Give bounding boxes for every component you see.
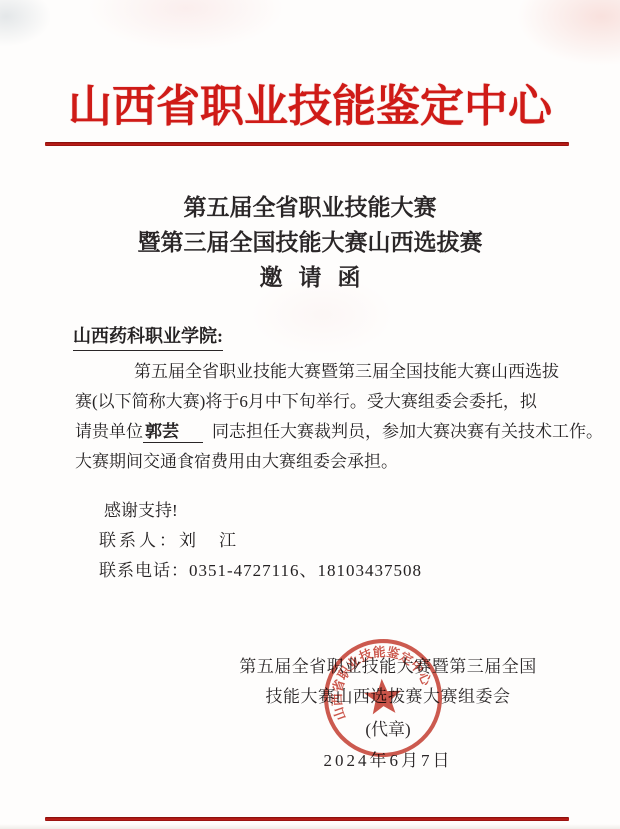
signature-on-behalf-seal-note: (代章) — [188, 715, 588, 745]
judge-name-underlined: 郭芸 — [143, 422, 203, 443]
paragraph-line-2: 赛(以下简称大赛)将于6月中下旬举行。受大赛组委会委托，拟 — [75, 391, 585, 413]
letterhead-divider-line — [45, 142, 569, 146]
title-line-3: 邀请函 — [0, 260, 620, 295]
document-title: 第五届全省职业技能大赛 暨第三届全国技能大赛山西选拔赛 邀请函 — [0, 190, 620, 295]
title-line-1: 第五届全省职业技能大赛 — [0, 190, 620, 225]
paragraph-line-3: 请贵单位郭芸同志担任大赛裁判员，参加大赛决赛有关技术工作。 — [75, 421, 585, 443]
signature-date: 2024年6月7日 — [188, 746, 588, 776]
paragraph-line-3-suffix: 同志担任大赛裁判员，参加大赛决赛有关技术工作。 — [212, 422, 603, 441]
letterhead-org-name: 山西省职业技能鉴定中心 — [0, 70, 620, 134]
contact-person-line: 联系人：刘 江 — [99, 526, 239, 551]
contact-phone-line: 联系电话：0351-4727116、18103437508 — [99, 556, 422, 581]
signature-line-2: 技能大赛山西选拔赛大赛组委会 — [188, 682, 588, 712]
footer-divider-line — [45, 817, 569, 821]
salutation-recipient: 山西药科职业学院: — [73, 322, 223, 351]
paragraph-line-1: 第五届全省职业技能大赛暨第三届全国技能大赛山西选拔 — [134, 361, 620, 383]
title-line-2: 暨第三届全国技能大赛山西选拔赛 — [0, 225, 620, 260]
paragraph-line-4: 大赛期间交通食宿费用由大赛组委会承担。 — [75, 451, 585, 473]
scanned-letter-page: 山西省职业技能鉴定中心 第五届全省职业技能大赛 暨第三届全国技能大赛山西选拔赛 … — [0, 0, 620, 829]
thanks-line: 感谢支持! — [104, 496, 178, 521]
signature-block: 第五届全省职业技能大赛暨第三届全国 技能大赛山西选拔赛大赛组委会 (代章) 20… — [188, 652, 588, 776]
scan-bottom-edge-artifact — [0, 824, 620, 829]
signature-line-1: 第五届全省职业技能大赛暨第三届全国 — [188, 652, 588, 682]
paragraph-line-3-prefix: 请贵单位 — [75, 422, 143, 441]
